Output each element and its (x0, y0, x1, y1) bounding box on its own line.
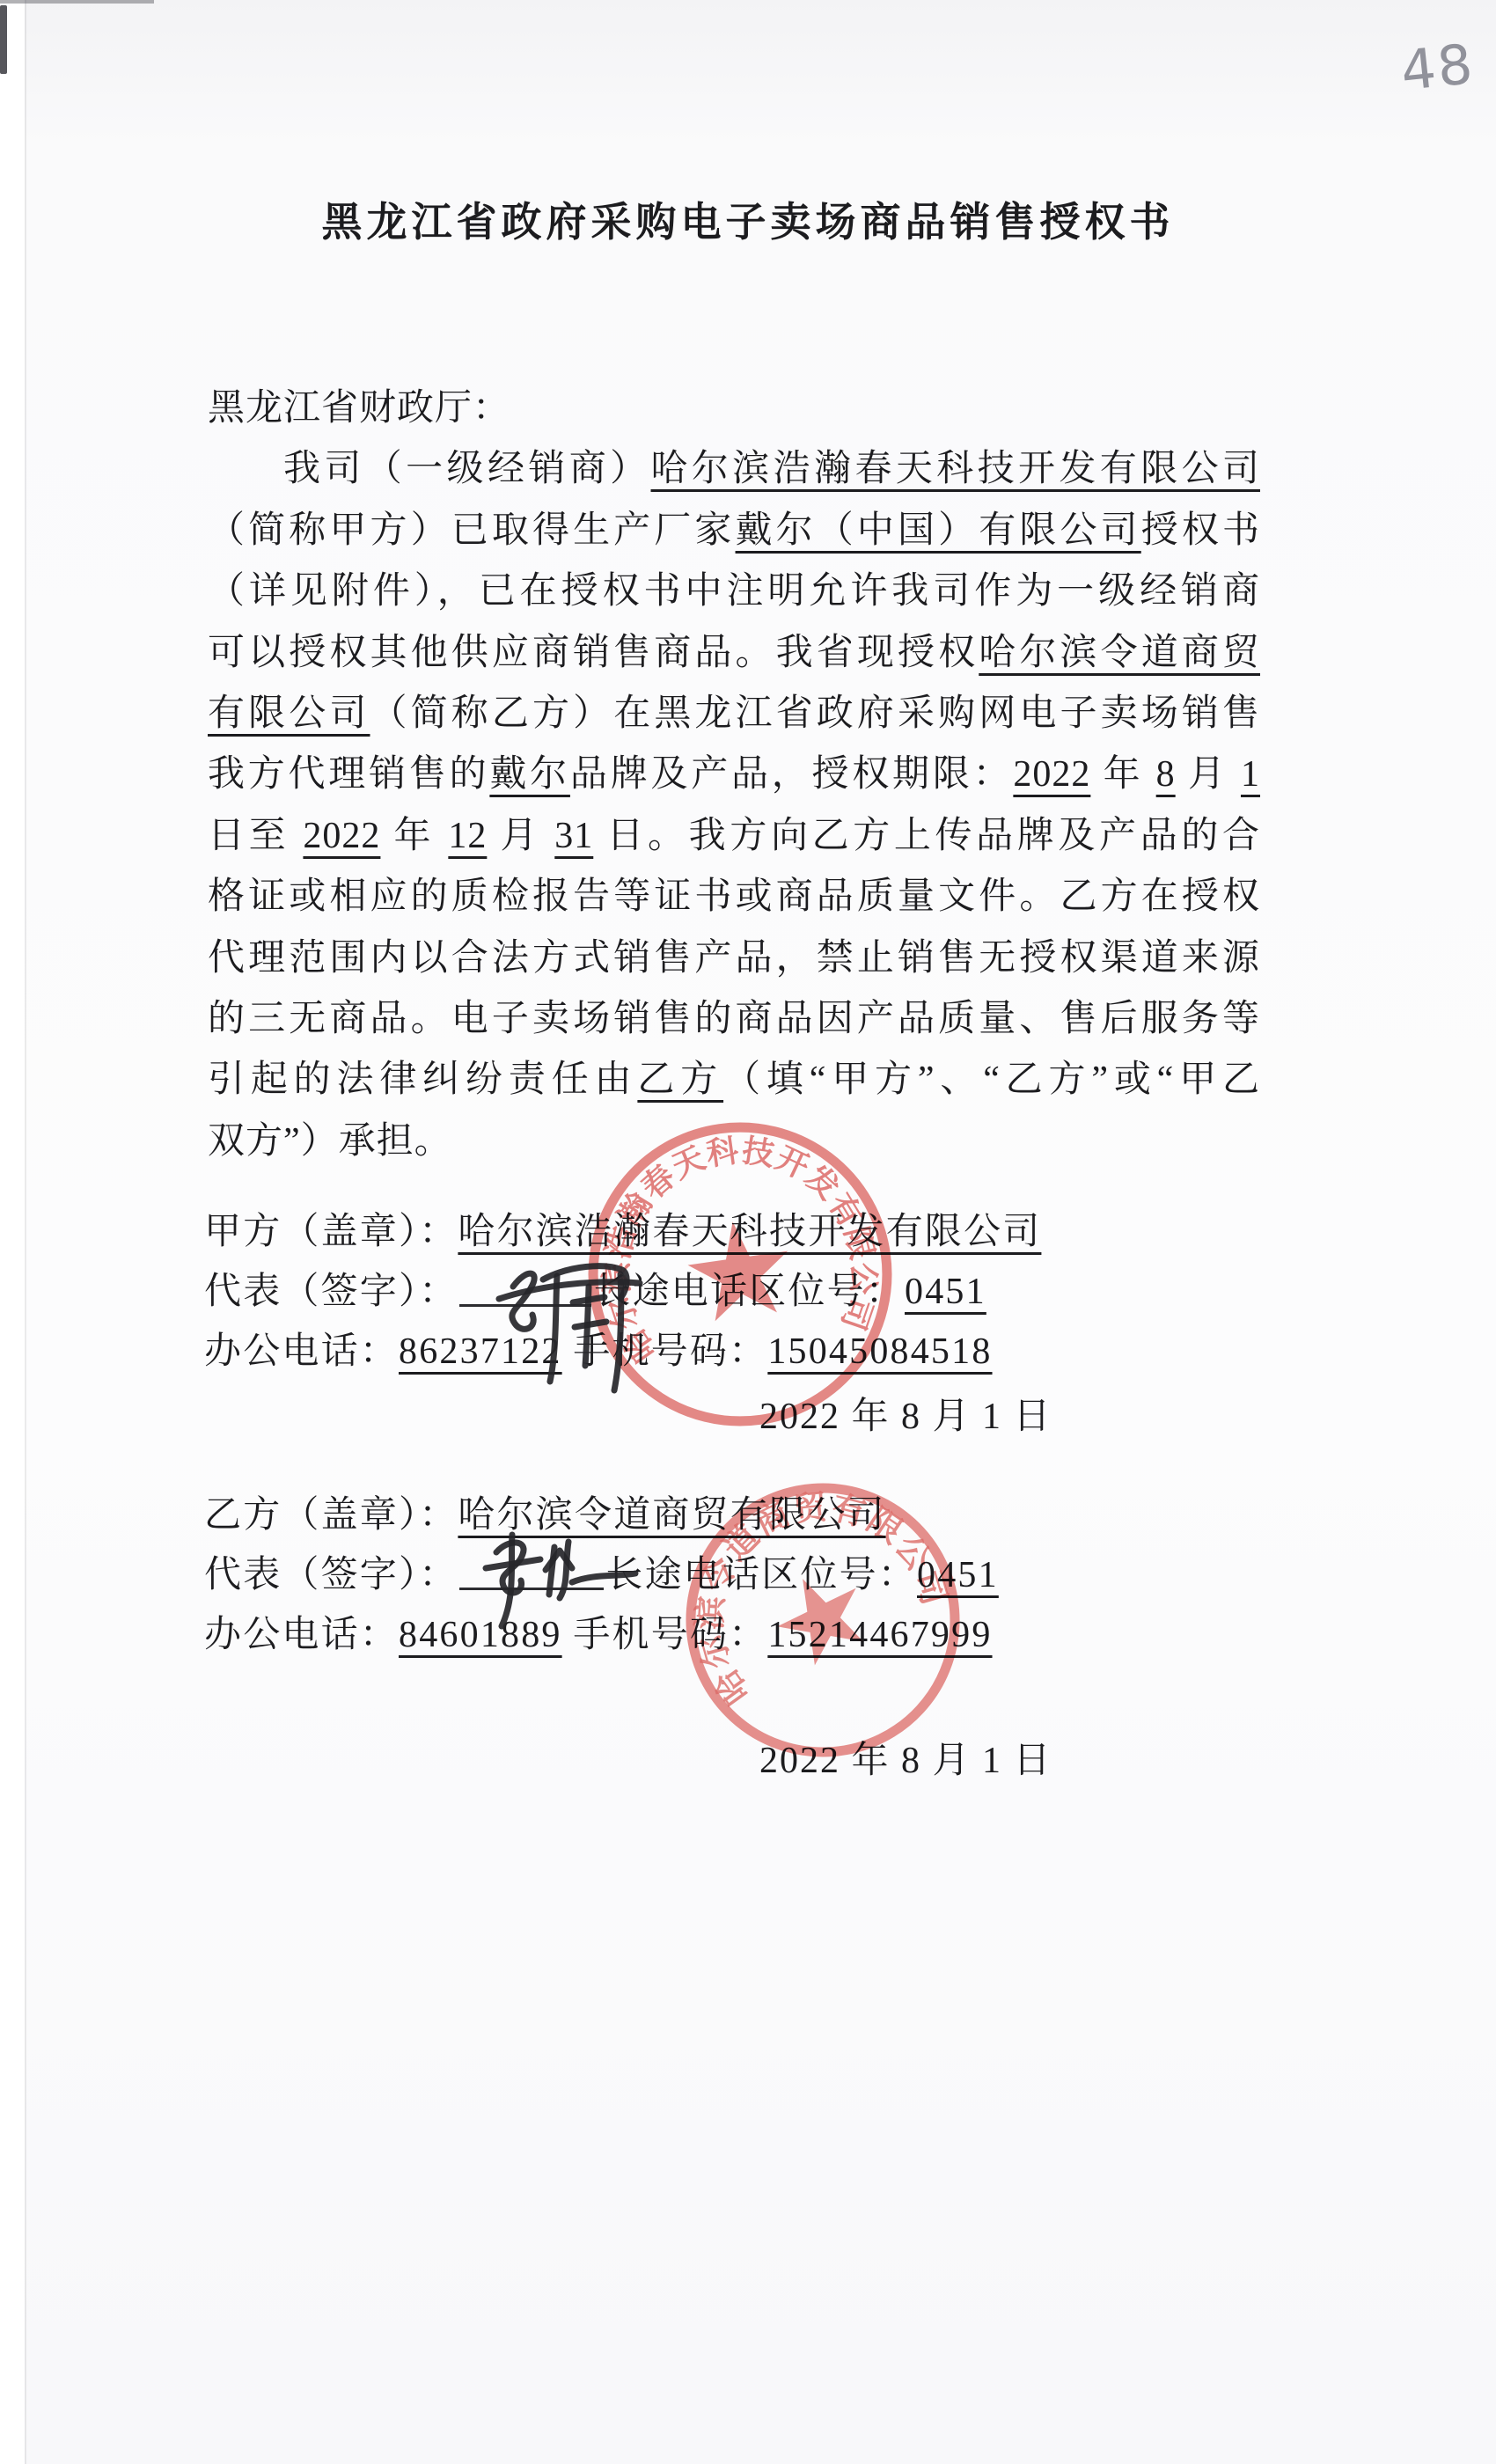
body-line: 的三无商品。电子卖场销售的商品因产品质量、售后服务等 (208, 989, 1260, 1050)
text-run: （详见附件），已在授权书中注明允许我司作为一级经销商 (208, 571, 1260, 612)
party-a-signature (488, 1234, 664, 1405)
underlined-text: 12 (448, 816, 487, 856)
body-line: 格证或相应的质检报告等证书或商品质量文件。乙方在授权 (208, 867, 1260, 928)
body-line: 有限公司（简称乙方）在黑龙江省政府采购网电子卖场销售 (208, 684, 1260, 744)
body-line: （详见附件），已在授权书中注明允许我司作为一级经销商 (208, 561, 1260, 622)
body-line: 可以授权其他供应商销售商品。我省现授权哈尔滨令道商贸 (208, 623, 1260, 684)
text-run: 格证或相应的质检报告等证书或商品质量文件。乙方在授权 (208, 876, 1260, 917)
underlined-text: 有限公司 (208, 693, 370, 734)
text-run: 引起的法律纠纷责任由 (208, 1060, 637, 1100)
underlined-text: 31 (554, 816, 593, 856)
salutation: 黑龙江省财政厅： (208, 378, 1260, 439)
text-run: 月 (487, 816, 554, 856)
body-line: 引起的法律纠纷责任由乙方（填“甲方”、“乙方”或“甲乙 (208, 1050, 1260, 1111)
underlined-text: 1 (1241, 754, 1260, 795)
text-run: 代理范围内以合法方式销售产品，禁止销售无授权渠道来源 (208, 938, 1260, 979)
body-line: 代理范围内以合法方式销售产品，禁止销售无授权渠道来源 (208, 928, 1260, 989)
text-run: 日。我方向乙方上传品牌及产品的合 (593, 816, 1260, 856)
text-run: 授权书 (1141, 510, 1260, 551)
star-icon (683, 1214, 796, 1324)
rep-label: 代表（签字）： (204, 1555, 458, 1595)
text-run: 品牌及产品，授权期限： (570, 754, 1013, 795)
body-line: （简称甲方）已取得生产厂家戴尔（中国）有限公司授权书 (208, 501, 1260, 561)
text-run: 我方代理销售的 (208, 754, 489, 795)
scan-seam-line (25, 0, 26, 2464)
handwritten-page-number: 48 (1397, 32, 1477, 103)
underlined-text: 乙方 (637, 1060, 723, 1100)
rep-label: 代表（签字）： (204, 1272, 458, 1312)
text-run: （简称乙方）在黑龙江省政府采购网电子卖场销售 (370, 693, 1260, 734)
text-run: （填“甲方”、“乙方”或“甲乙 (723, 1060, 1260, 1100)
text-run: 可以授权其他供应商销售商品。我省现授权 (208, 633, 979, 673)
underlined-text: 0451 (905, 1272, 986, 1312)
underlined-text: 2022 (303, 816, 380, 856)
document-body: 黑龙江省财政厅： 我司（一级经销商）哈尔滨浩瀚春天科技开发有限公司（简称甲方）已… (208, 378, 1260, 1172)
scan-corner-artifact (0, 5, 7, 74)
text-run: 年 (380, 816, 448, 856)
text-run: 双方”）承担。 (208, 1121, 452, 1162)
body-line: 我司（一级经销商）哈尔滨浩瀚春天科技开发有限公司 (208, 439, 1260, 500)
body-line: 我方代理销售的戴尔品牌及产品，授权期限：2022 年 8 月 1 (208, 744, 1260, 805)
underlined-text: 哈尔滨令道商贸 (979, 633, 1260, 673)
star-icon (763, 1559, 878, 1672)
document-title: 黑龙江省政府采购电子卖场商品销售授权书 (0, 190, 1496, 248)
party-b-signature (473, 1528, 649, 1638)
text-run: 的三无商品。电子卖场销售的商品因产品质量、售后服务等 (208, 999, 1260, 1039)
text-run: 乙方（盖章）： (204, 1495, 458, 1536)
body-paragraph: 我司（一级经销商）哈尔滨浩瀚春天科技开发有限公司（简称甲方）已取得生产厂家戴尔（… (208, 439, 1260, 1172)
underlined-text: 2022 (1013, 754, 1090, 795)
text-run: 办公电话： (204, 1615, 399, 1655)
underlined-text: 戴尔 (489, 754, 570, 795)
scan-top-artifact (0, 0, 154, 4)
underlined-text: 哈尔滨浩瀚春天科技开发有限公司 (651, 449, 1260, 489)
text-run: （简称甲方）已取得生产厂家 (208, 510, 736, 551)
scanned-document-page: 48 黑龙江省政府采购电子卖场商品销售授权书 黑龙江省财政厅： 我司（一级经销商… (0, 0, 1496, 2464)
scan-edge-strip (0, 0, 25, 2464)
body-line: 日至 2022 年 12 月 31 日。我方向乙方上传品牌及产品的合 (208, 806, 1260, 867)
text-run: 年 (1090, 754, 1155, 795)
text-run: 日至 (208, 816, 303, 856)
text-run: 我司（一级经销商） (283, 449, 651, 489)
underlined-text: 8 (1156, 754, 1176, 795)
text-run: 月 (1176, 754, 1241, 795)
text-run: 甲方（盖章）： (204, 1212, 458, 1252)
underlined-text: 戴尔（中国）有限公司 (736, 510, 1141, 551)
text-run: 办公电话： (204, 1331, 399, 1372)
